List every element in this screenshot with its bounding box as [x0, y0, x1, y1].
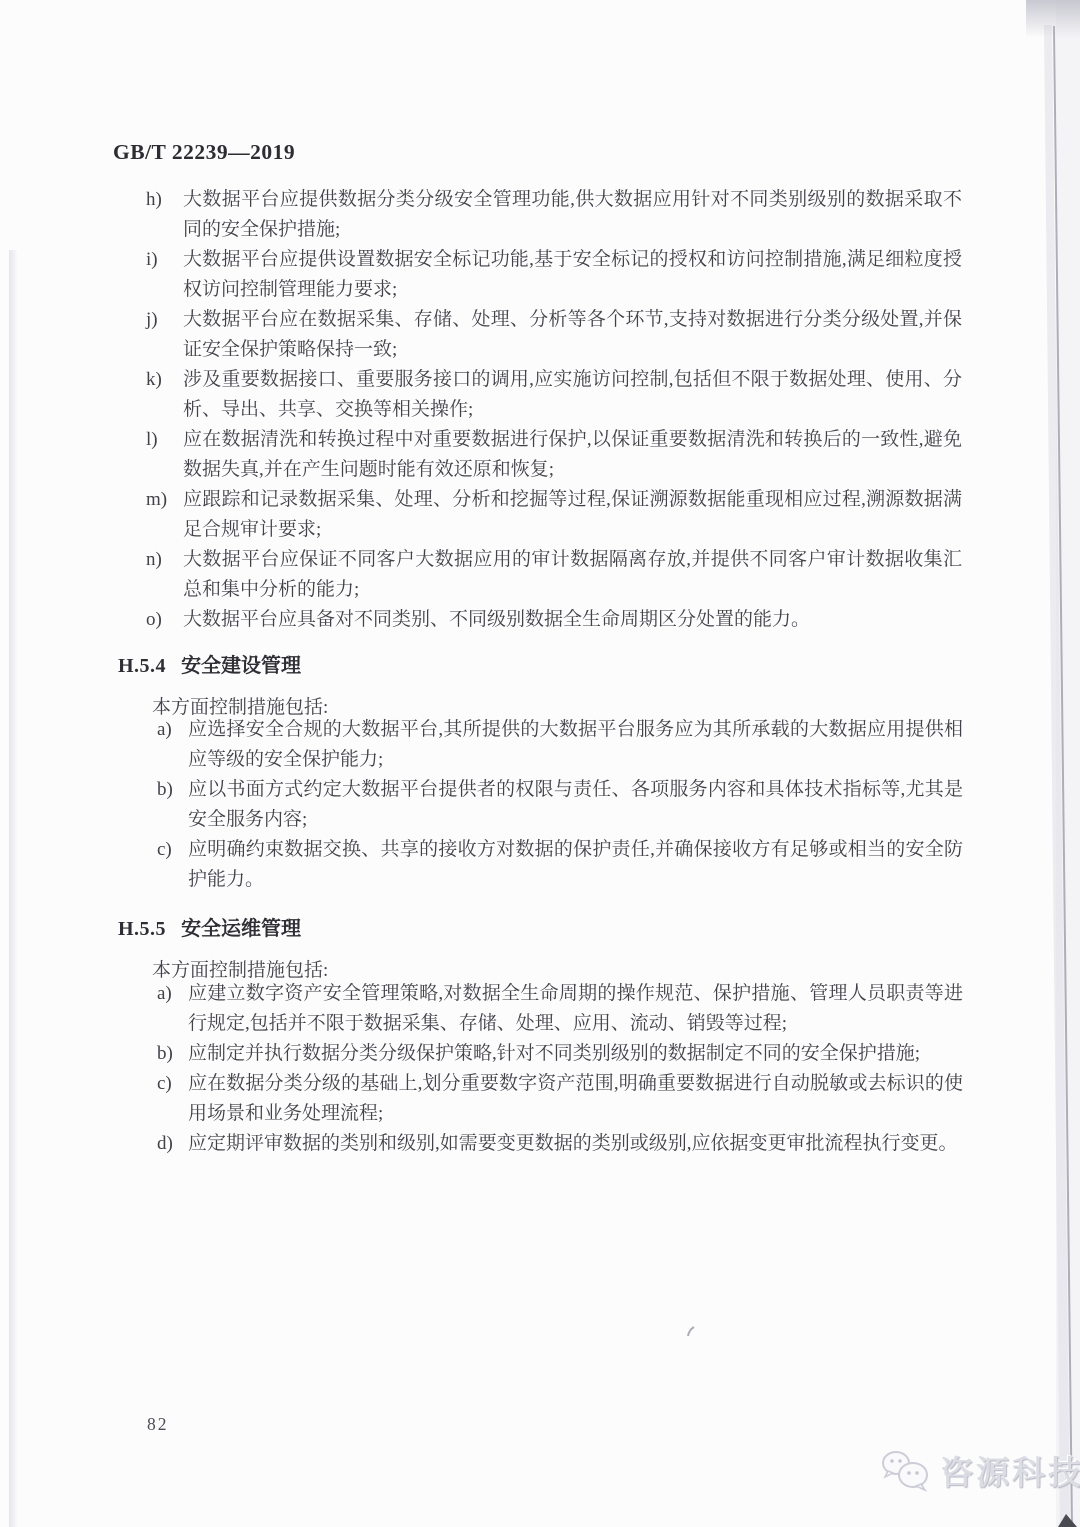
item-label: i): [146, 245, 183, 305]
section-intro-h55: 本方面控制措施包括:: [152, 955, 328, 982]
clause-list-h55: a) 应建立数字资产安全管理策略,对数据全生命周期的操作规范、保护措施、管理人员…: [157, 979, 963, 1159]
list-item: i) 大数据平台应提供设置数据安全标记功能,基于安全标记的授权和访问控制措施,满…: [146, 245, 963, 305]
item-label: c): [157, 1069, 188, 1129]
list-item: n) 大数据平台应保证不同客户大数据应用的审计数据隔离存放,并提供不同客户审计数…: [146, 545, 963, 605]
item-label: n): [146, 545, 183, 605]
item-label: a): [157, 715, 188, 775]
item-label: b): [157, 775, 188, 835]
item-label: h): [146, 185, 183, 245]
item-text: 大数据平台应提供设置数据安全标记功能,基于安全标记的授权和访问控制措施,满足细粒…: [183, 245, 962, 305]
item-text: 应选择安全合规的大数据平台,其所提供的大数据平台服务应为其所承载的大数据应用提供…: [188, 715, 963, 775]
item-text: 应在数据分类分级的基础上,划分重要数字资产范围,明确重要数据进行自动脱敏或去标识…: [188, 1069, 963, 1129]
list-item: a) 应建立数字资产安全管理策略,对数据全生命周期的操作规范、保护措施、管理人员…: [157, 979, 963, 1039]
list-item: j) 大数据平台应在数据采集、存储、处理、分析等各个环节,支持对数据进行分类分级…: [146, 305, 963, 365]
item-text: 应跟踪和记录数据采集、处理、分析和挖掘等过程,保证溯源数据能重现相应过程,溯源数…: [183, 485, 962, 545]
left-edge-shadow: [9, 250, 18, 1527]
item-text: 应以书面方式约定大数据平台提供者的权限与责任、各项服务内容和具体技术指标等,尤其…: [188, 775, 963, 835]
list-item: o) 大数据平台应具备对不同类别、不同级别数据全生命周期区分处置的能力。: [146, 605, 963, 635]
scan-seam-line: [1054, 26, 1072, 1527]
right-seam-band: [1044, 25, 1070, 1527]
item-label: l): [146, 425, 183, 485]
clause-list-h-o: h) 大数据平台应提供数据分类分级安全管理功能,供大数据应用针对不同类别级别的数…: [146, 185, 963, 635]
section-heading-h55: H.5.5安全运维管理: [118, 912, 301, 941]
watermark: 咨源科技: [880, 1447, 1080, 1494]
list-item: d) 应定期评审数据的类别和级别,如需要变更数据的类别或级别,应依据变更审批流程…: [157, 1129, 963, 1159]
standard-number: GB/T 22239—2019: [113, 140, 295, 165]
item-label: c): [157, 835, 188, 895]
watermark-text: 咨源科技: [940, 1447, 1080, 1494]
list-item: k) 涉及重要数据接口、重要服务接口的调用,应实施访问控制,包括但不限于数据处理…: [146, 365, 963, 425]
item-text: 应明确约束数据交换、共享的接收方对数据的保护责任,并确保接收方有足够或相当的安全…: [188, 835, 963, 895]
list-item: b) 应制定并执行数据分类分级保护策略,针对不同类别级别的数据制定不同的安全保护…: [157, 1039, 963, 1069]
stray-mark: [688, 1327, 694, 1336]
list-item: a) 应选择安全合规的大数据平台,其所提供的大数据平台服务应为其所承载的大数据应…: [157, 715, 963, 775]
item-text: 大数据平台应保证不同客户大数据应用的审计数据隔离存放,并提供不同客户审计数据收集…: [183, 545, 962, 605]
item-text: 应在数据清洗和转换过程中对重要数据进行保护,以保证重要数据清洗和转换后的一致性,…: [183, 425, 962, 485]
section-title: 安全建设管理: [181, 655, 301, 677]
section-heading-h54: H.5.4安全建设管理: [118, 649, 301, 678]
item-label: o): [146, 605, 183, 635]
section-title: 安全运维管理: [181, 918, 301, 940]
list-item: c) 应明确约束数据交换、共享的接收方对数据的保护责任,并确保接收方有足够或相当…: [157, 835, 963, 895]
section-number: H.5.5: [118, 918, 166, 940]
item-label: j): [146, 305, 183, 365]
page-number: 82: [147, 1414, 169, 1435]
list-item: c) 应在数据分类分级的基础上,划分重要数字资产范围,明确重要数据进行自动脱敏或…: [157, 1069, 963, 1129]
right-margin-strip: [1056, 0, 1080, 1527]
list-item: m) 应跟踪和记录数据采集、处理、分析和挖掘等过程,保证溯源数据能重现相应过程,…: [146, 485, 963, 545]
top-right-cap: [1026, 0, 1080, 38]
wechat-icon: [880, 1448, 932, 1494]
item-text: 大数据平台应具备对不同类别、不同级别数据全生命周期区分处置的能力。: [183, 605, 962, 635]
clause-list-h54: a) 应选择安全合规的大数据平台,其所提供的大数据平台服务应为其所承载的大数据应…: [157, 715, 963, 895]
item-text: 涉及重要数据接口、重要服务接口的调用,应实施访问控制,包括但不限于数据处理、使用…: [183, 365, 962, 425]
item-label: k): [146, 365, 183, 425]
list-item: b) 应以书面方式约定大数据平台提供者的权限与责任、各项服务内容和具体技术指标等…: [157, 775, 963, 835]
item-text: 应定期评审数据的类别和级别,如需要变更数据的类别或级别,应依据变更审批流程执行变…: [188, 1129, 963, 1159]
item-text: 应制定并执行数据分类分级保护策略,针对不同类别级别的数据制定不同的安全保护措施;: [188, 1039, 963, 1069]
list-item: l) 应在数据清洗和转换过程中对重要数据进行保护,以保证重要数据清洗和转换后的一…: [146, 425, 963, 485]
item-label: a): [157, 979, 188, 1039]
item-text: 应建立数字资产安全管理策略,对数据全生命周期的操作规范、保护措施、管理人员职责等…: [188, 979, 963, 1039]
bottom-right-speck: [1058, 1514, 1077, 1527]
item-text: 大数据平台应在数据采集、存储、处理、分析等各个环节,支持对数据进行分类分级处置,…: [183, 305, 962, 365]
list-item: h) 大数据平台应提供数据分类分级安全管理功能,供大数据应用针对不同类别级别的数…: [146, 185, 963, 245]
item-label: m): [146, 485, 183, 545]
item-label: b): [157, 1039, 188, 1069]
item-text: 大数据平台应提供数据分类分级安全管理功能,供大数据应用针对不同类别级别的数据采取…: [183, 185, 962, 245]
section-number: H.5.4: [118, 655, 166, 677]
item-label: d): [157, 1129, 188, 1159]
